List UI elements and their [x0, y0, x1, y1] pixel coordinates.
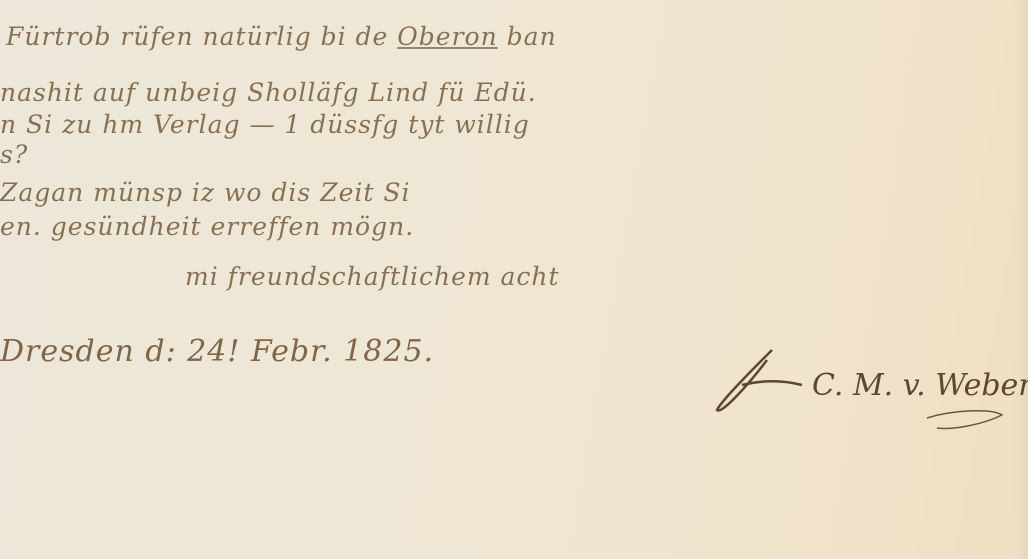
handwritten-line-4: s? — [0, 140, 28, 169]
signature-text: C. M. v. Weber — [812, 368, 1028, 403]
handwritten-line-2: nashit auf unbeig Sholläfg Lind fü Edü. — [0, 78, 537, 107]
oberon-underlined: Oberon — [397, 22, 497, 51]
handwritten-line-3: n Si zu hm Verlag — 1 düssfg tyt willig — [0, 110, 530, 139]
line-1-text: Fürtrob rüfen natürlig bi de — [6, 22, 388, 51]
line-1-tail: ban — [507, 22, 557, 51]
handwritten-line-1: Fürtrob rüfen natürlig bi de Oberon ban — [6, 22, 557, 51]
letter-date: Dresden d: 24! Febr. 1825. — [0, 334, 434, 369]
paper-edge — [1014, 0, 1028, 559]
handwritten-closing: mi freundschaftlichem acht — [185, 262, 560, 291]
handwritten-line-5: Zagan münsp iz wo dis Zeit Si — [0, 178, 410, 207]
handwritten-line-6: en. gesündheit erreffen mögn. — [0, 212, 414, 241]
signature: C. M. v. Weber — [712, 330, 1012, 440]
